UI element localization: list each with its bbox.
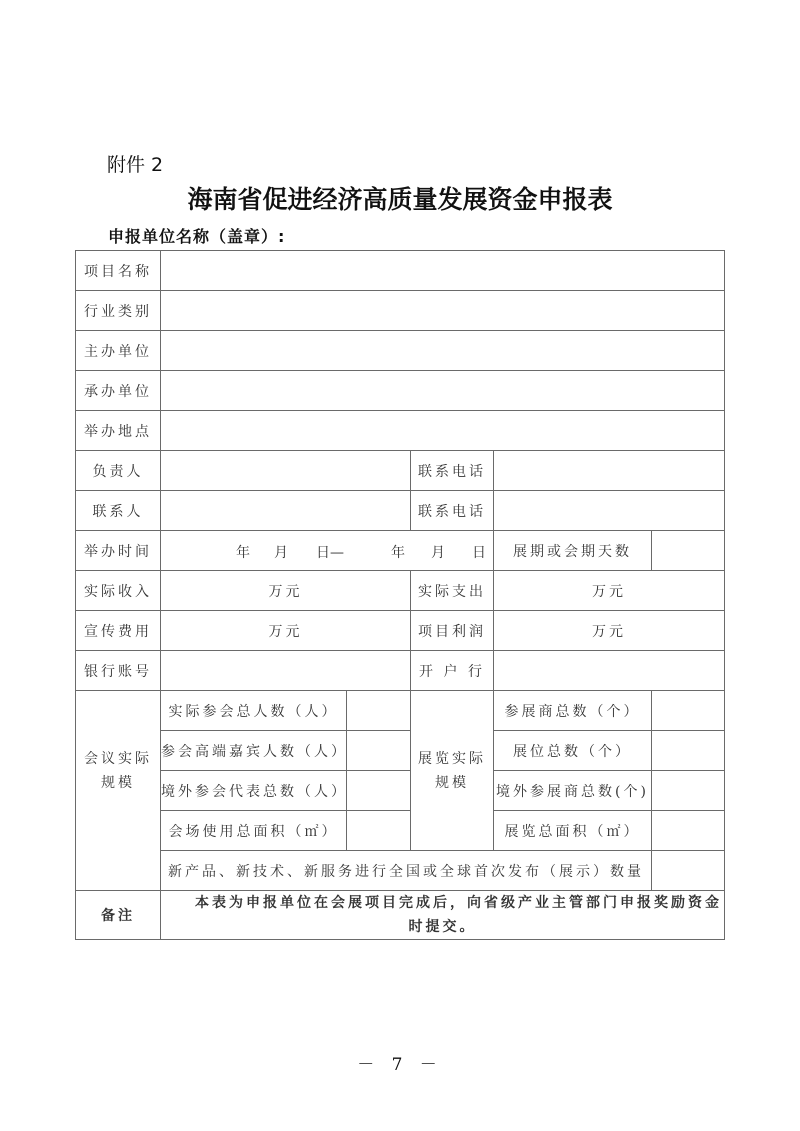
- end-month-unit: 月: [431, 542, 445, 562]
- responsible-label: 负责人: [76, 451, 161, 491]
- organizer-input[interactable]: [161, 371, 725, 411]
- responsible-input[interactable]: [161, 451, 411, 491]
- start-month-unit: 月: [274, 542, 288, 562]
- project-name-input[interactable]: [161, 251, 725, 291]
- table-row: 备注 本表为申报单位在会展项目完成后，向省级产业主管部门申报奖励资金时提交。: [76, 891, 725, 940]
- table-row: 实际收入 万元 实际支出 万元: [76, 571, 725, 611]
- overseas-delegates-input[interactable]: [347, 771, 411, 811]
- meeting-attendees-input[interactable]: [347, 691, 411, 731]
- venue-label: 举办地点: [76, 411, 161, 451]
- responsible-phone-label: 联系电话: [411, 451, 494, 491]
- promo-unit: 万元: [269, 624, 303, 640]
- exhibition-scale-label: 展览实际规模: [411, 691, 494, 851]
- end-day-unit: 日: [472, 542, 486, 562]
- venue-input[interactable]: [161, 411, 725, 451]
- table-row: 新产品、新技术、新服务进行全国或全球首次发布（展示）数量: [76, 851, 725, 891]
- overseas-exhibitors-input[interactable]: [652, 771, 725, 811]
- table-row: 负责人 联系电话: [76, 451, 725, 491]
- table-row: 会场使用总面积（㎡） 展览总面积（㎡）: [76, 811, 725, 851]
- bank-name-label: 开 户 行: [411, 651, 494, 691]
- table-row: 项目名称: [76, 251, 725, 291]
- time-label: 举办时间: [76, 531, 161, 571]
- vip-guests-input[interactable]: [347, 731, 411, 771]
- responsible-phone-input[interactable]: [494, 451, 725, 491]
- bank-account-label: 银行账号: [76, 651, 161, 691]
- applicant-field: 申报单位名称（盖章）:: [108, 224, 492, 247]
- table-row: 举办时间 年 月 日— 年 月 日 展期或会期天数: [76, 531, 725, 571]
- meeting-scale-label: 会议实际规模: [76, 691, 161, 891]
- exhibitors-label: 参展商总数（个）: [494, 691, 652, 731]
- overseas-exhibitors-label: 境外参展商总数(个): [494, 771, 652, 811]
- exhibition-area-label: 展览总面积（㎡）: [494, 811, 652, 851]
- industry-label: 行业类别: [76, 291, 161, 331]
- host-label: 主办单位: [76, 331, 161, 371]
- promo-label: 宣传费用: [76, 611, 161, 651]
- table-row: 举办地点: [76, 411, 725, 451]
- table-row: 银行账号 开 户 行: [76, 651, 725, 691]
- exhibition-area-input[interactable]: [652, 811, 725, 851]
- promo-input[interactable]: 万元: [161, 611, 411, 651]
- table-row: 参会高端嘉宾人数（人） 展位总数（个）: [76, 731, 725, 771]
- booths-label: 展位总数（个）: [494, 731, 652, 771]
- attachment-label: 附件 2: [107, 150, 163, 177]
- overseas-delegates-label: 境外参会代表总数（人）: [161, 771, 347, 811]
- expense-unit: 万元: [592, 584, 626, 600]
- start-day-unit: 日—: [316, 542, 344, 562]
- contact-input[interactable]: [161, 491, 411, 531]
- contact-phone-label: 联系电话: [411, 491, 494, 531]
- industry-input[interactable]: [161, 291, 725, 331]
- booths-input[interactable]: [652, 731, 725, 771]
- start-year-unit: 年: [236, 542, 250, 562]
- profit-input[interactable]: 万元: [494, 611, 725, 651]
- new-release-label: 新产品、新技术、新服务进行全国或全球首次发布（展示）数量: [161, 851, 652, 891]
- project-name-label: 项目名称: [76, 251, 161, 291]
- remarks-text: 本表为申报单位在会展项目完成后，向省级产业主管部门申报奖励资金时提交。: [195, 895, 722, 935]
- exhibitors-input[interactable]: [652, 691, 725, 731]
- table-row: 会议实际规模 实际参会总人数（人） 展览实际规模 参展商总数（个）: [76, 691, 725, 731]
- table-row: 联系人 联系电话: [76, 491, 725, 531]
- meeting-area-label: 会场使用总面积（㎡）: [161, 811, 347, 851]
- applicant-label: 申报单位名称（盖章）:: [108, 227, 285, 246]
- days-input[interactable]: [652, 531, 725, 571]
- bank-name-input[interactable]: [494, 651, 725, 691]
- income-label: 实际收入: [76, 571, 161, 611]
- vip-guests-label: 参会高端嘉宾人数（人）: [161, 731, 347, 771]
- contact-phone-input[interactable]: [494, 491, 725, 531]
- table-row: 主办单位: [76, 331, 725, 371]
- income-unit: 万元: [269, 584, 303, 600]
- bank-account-input[interactable]: [161, 651, 411, 691]
- meeting-area-input[interactable]: [347, 811, 411, 851]
- income-input[interactable]: 万元: [161, 571, 411, 611]
- days-label: 展期或会期天数: [494, 531, 652, 571]
- meeting-attendees-label: 实际参会总人数（人）: [161, 691, 347, 731]
- host-input[interactable]: [161, 331, 725, 371]
- table-row: 境外参会代表总数（人） 境外参展商总数(个): [76, 771, 725, 811]
- table-row: 行业类别: [76, 291, 725, 331]
- date-range-input[interactable]: 年 月 日— 年 月 日: [161, 531, 494, 571]
- remarks-text-cell: 本表为申报单位在会展项目完成后，向省级产业主管部门申报奖励资金时提交。: [161, 891, 725, 940]
- end-year-unit: 年: [391, 542, 405, 562]
- profit-label: 项目利润: [411, 611, 494, 651]
- form-title: 海南省促进经济高质量发展资金申报表: [0, 180, 800, 216]
- page-number: － 7 －: [0, 1050, 800, 1075]
- new-release-input[interactable]: [652, 851, 725, 891]
- exhibition-scale-text: 展览实际规模: [417, 747, 487, 795]
- application-form-table: 项目名称 行业类别 主办单位 承办单位 举办地点 负责人 联系电话 联系人 联系…: [75, 250, 725, 940]
- profit-unit: 万元: [592, 624, 626, 640]
- remarks-label: 备注: [76, 891, 161, 940]
- expense-input[interactable]: 万元: [494, 571, 725, 611]
- contact-label: 联系人: [76, 491, 161, 531]
- table-row: 承办单位: [76, 371, 725, 411]
- meeting-scale-text: 会议实际规模: [83, 747, 153, 795]
- organizer-label: 承办单位: [76, 371, 161, 411]
- table-row: 宣传费用 万元 项目利润 万元: [76, 611, 725, 651]
- expense-label: 实际支出: [411, 571, 494, 611]
